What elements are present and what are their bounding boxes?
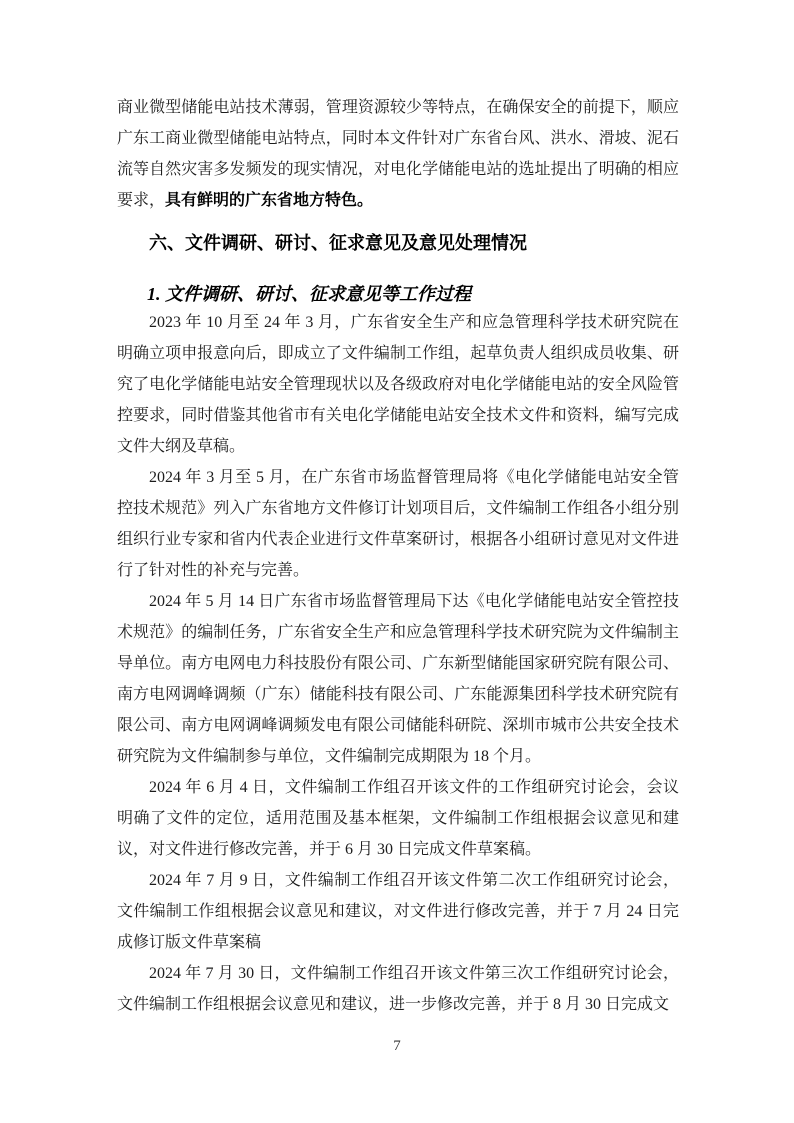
paragraph-first-meeting: 2024 年 6 月 4 日，文件编制工作组召开该文件的工作组研究讨论会，会议明… xyxy=(117,772,679,865)
intro-paragraph: 商业微型储能电站技术薄弱，管理资源较少等特点，在确保安全的前提下，顺应广东工商业… xyxy=(117,92,679,216)
section-heading: 六、文件调研、研讨、征求意见及意见处理情况 xyxy=(117,230,679,256)
intro-paragraph-bold-text: 具有鲜明的广东省地方特色。 xyxy=(165,192,373,209)
paragraph-plan-listing: 2024 年 3 月至 5 月，在广东省市场监督管理局将《电化学储能电站安全管控… xyxy=(117,462,679,586)
paragraph-second-meeting: 2024 年 7 月 9 日，文件编制工作组召开该文件第二次工作组研究讨论会，文… xyxy=(117,865,679,958)
page-content: 商业微型储能电站技术薄弱，管理资源较少等特点，在确保安全的前提下，顺应广东工商业… xyxy=(117,0,679,1020)
document-page: 商业微型储能电站技术薄弱，管理资源较少等特点，在确保安全的前提下，顺应广东工商业… xyxy=(0,0,794,1123)
paragraph-research-start: 2023 年 10 月至 24 年 3 月，广东省安全生产和应急管理科学技术研究… xyxy=(117,307,679,462)
paragraph-task-assignment: 2024 年 5 月 14 日广东省市场监督管理局下达《电化学储能电站安全管控技… xyxy=(117,586,679,772)
paragraph-third-meeting: 2024 年 7 月 30 日，文件编制工作组召开该文件第三次工作组研究讨论会，… xyxy=(117,958,679,1020)
page-footer: 7 xyxy=(0,1036,794,1056)
subsection-heading: 1. 文件调研、研讨、征求意见等工作过程 xyxy=(117,281,679,307)
page-number: 7 xyxy=(393,1038,401,1054)
